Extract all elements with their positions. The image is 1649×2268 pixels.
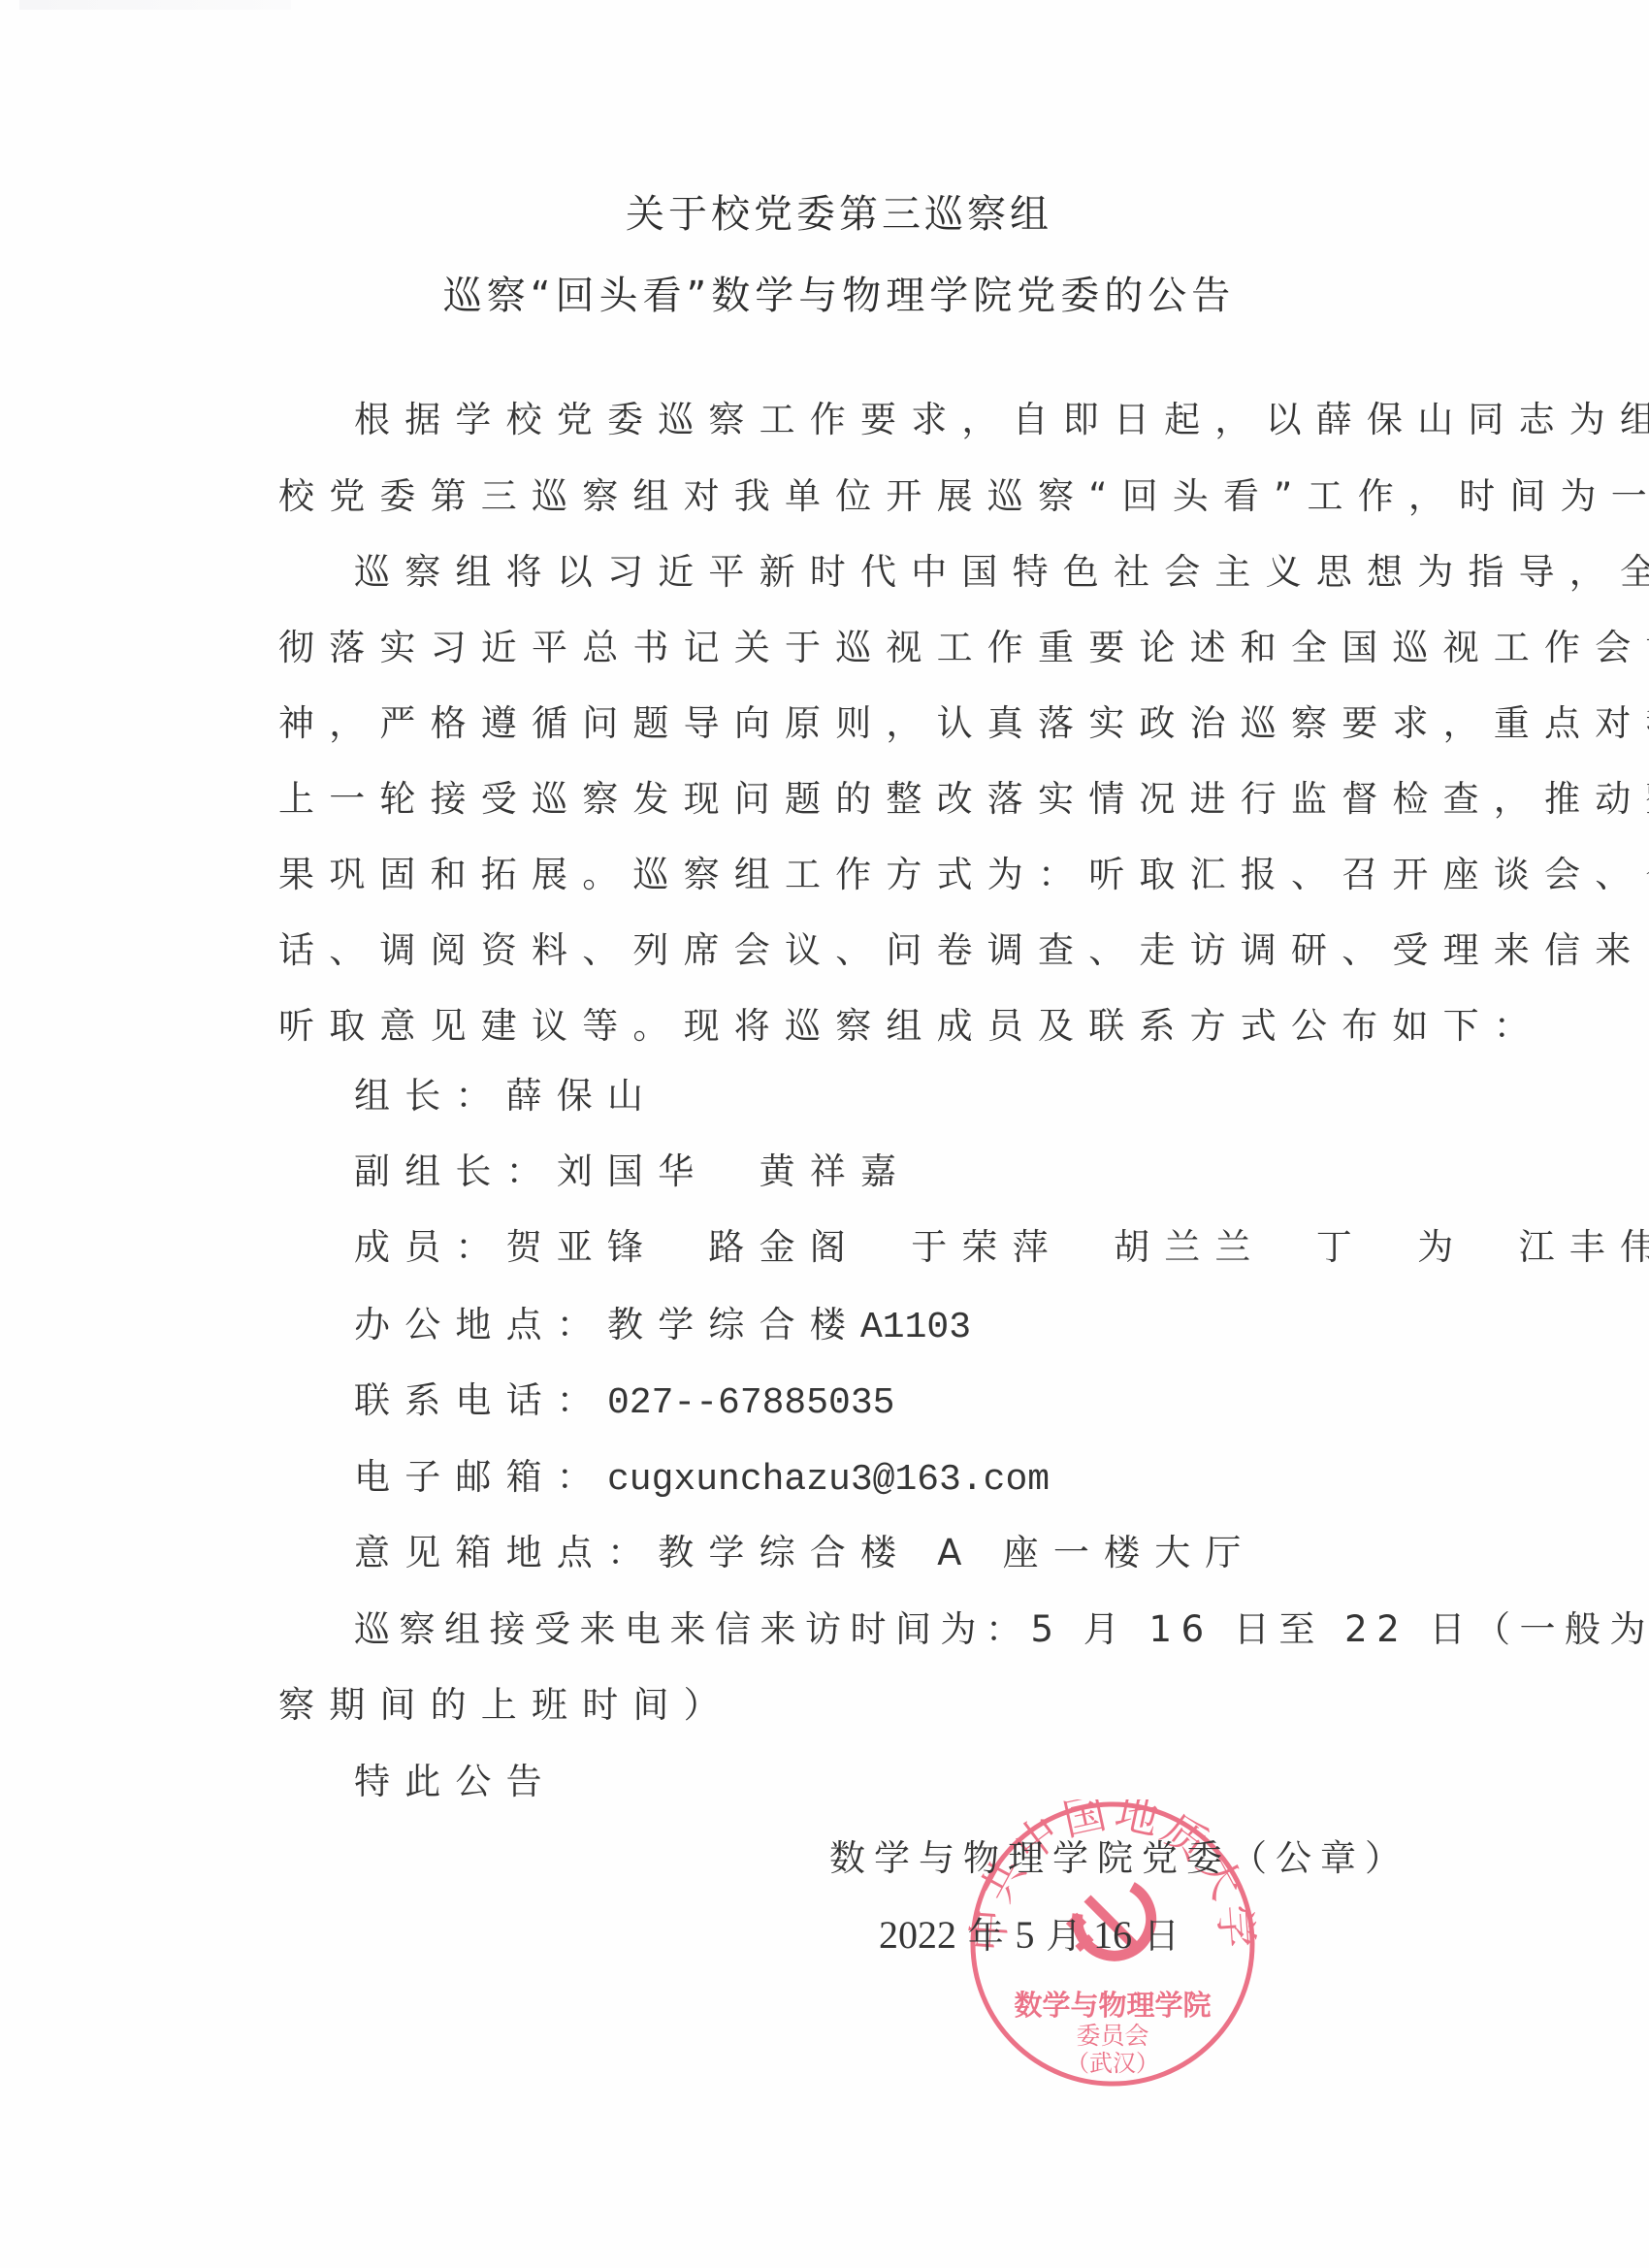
paragraph-3-line-1: 巡察组接受来电来信来访时间为：5 月 16 日至 22 日（一般为巡 [354,1605,1470,1654]
email-address: cugxunchazu3@163.com [607,1459,1050,1501]
paragraph-3-line-2: 察期间的上班时间） [278,1681,1394,1730]
paragraph-2-line-7: 听取意见建议等。现将巡察组成员及联系方式公布如下： [278,1002,1394,1051]
office-label: 办公地点： [354,1304,607,1345]
date-line: 2022 年 5 月 16 日 [879,1911,1180,1960]
team-leader-label: 组长： [354,1075,506,1117]
office-room: A1103 [860,1307,971,1348]
date-day: 16 [1093,1913,1132,1957]
email-row: 电子邮箱：cugxunchazu3@163.com [354,1453,1470,1502]
team-leader-name: 薛保山 [506,1075,659,1117]
paragraph-2-line-1: 巡察组将以习近平新时代中国特色社会主义思想为指导，全面贯 [354,548,1470,597]
title-line-1: 关于校党委第三巡察组 [15,190,1649,239]
paragraph-2-line-2: 彻落实习近平总书记关于巡视工作重要论述和全国巡视工作会议精 [278,624,1394,672]
phone-number: 027--67885035 [607,1382,894,1424]
paragraph-2-line-4: 上一轮接受巡察发现问题的整改落实情况进行监督检查，推动整改成 [278,775,1394,824]
team-members-names: 贺亚锋 路金阁 于荣萍 胡兰兰 丁 为 江丰伟 [506,1226,1649,1268]
title-line-2: 巡察“回头看”数学与物理学院党委的公告 [15,272,1649,320]
seal-line-3: （武汉） [1066,2050,1159,2077]
team-deputy-names: 刘国华 黄祥嘉 [557,1150,911,1192]
team-deputy-label: 副组长： [354,1150,557,1192]
date-day-unit: 日 [1144,1915,1180,1957]
closing-text: 特此公告 [354,1758,1470,1806]
phone-label: 联系电话： [354,1379,607,1421]
paragraph-2-line-3: 神，严格遵循问题导向原则，认真落实政治巡察要求，重点对我单位 [278,699,1394,748]
document-page: 关于校党委第三巡察组 巡察“回头看”数学与物理学院党委的公告 根据学校党委巡察工… [0,0,1649,2268]
seal-line-2: 委员会 [1076,2022,1148,2050]
signature-line: 数学与物理学院党委（公章） [829,1834,1409,1883]
email-label: 电子邮箱： [354,1456,607,1498]
seal-line-1: 数学与物理学院 [1014,1989,1211,2022]
mailbox-row: 意见箱地点：教学综合楼 A 座一楼大厅 [354,1529,1470,1577]
paragraph-1-line-1: 根据学校党委巡察工作要求，自即日起，以薛保山同志为组长的 [354,396,1470,444]
office-building: 教学综合楼 [607,1304,860,1345]
team-members-label: 成员： [354,1226,506,1268]
paragraph-2-line-6: 话、调阅资料、列席会议、问卷调查、走访调研、受理来信来电来访 [278,926,1394,975]
paragraph-2-line-5: 果巩固和拓展。巡察组工作方式为：听取汇报、召开座谈会、个别谈 [278,851,1394,899]
team-deputy-row: 副组长：刘国华 黄祥嘉 [354,1148,1470,1196]
date-month-unit: 月 [1046,1915,1082,1957]
date-year: 2022 [879,1913,956,1957]
scan-artifact [19,0,291,10]
team-members-row: 成员：贺亚锋 路金阁 于荣萍 胡兰兰 丁 为 江丰伟 [354,1223,1470,1272]
phone-row: 联系电话：027--67885035 [354,1377,1470,1425]
paragraph-1-line-2: 校党委第三巡察组对我单位开展巡察“回头看”工作，时间为一周。 [278,472,1394,521]
date-year-unit: 年 [968,1915,1004,1957]
date-month: 5 [1016,1913,1035,1957]
mailbox-label: 意见箱地点： [354,1532,658,1573]
office-location-row: 办公地点：教学综合楼A1103 [354,1301,1470,1349]
mailbox-location: 教学综合楼 A 座一楼大厅 [658,1532,1255,1573]
team-leader-row: 组长：薛保山 [354,1072,1470,1120]
